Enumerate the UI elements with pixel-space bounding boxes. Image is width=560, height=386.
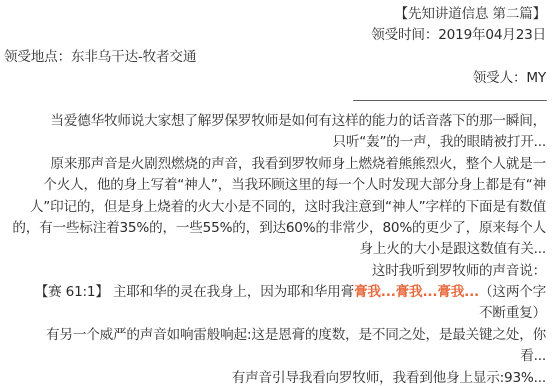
verse-note: （这两个字 — [479, 284, 546, 300]
body-line: 原来那声音是火剧烈燃烧的声音，我看到罗牧师身上燃烧着熊熊烈火，整个人就是一 — [0, 154, 560, 175]
received-location: 领受地点：东非乌干达-牧者交通 — [0, 47, 560, 68]
body-line: 只听“轰”的一声，我的眼睛被打开... — [0, 132, 560, 153]
divider: ———————————————— — [0, 90, 560, 111]
body-line: 人”印记的，但是身上烧着的火大小是不同的，这时我注意到“神人”字样的下面是有数值 — [0, 197, 560, 218]
document-title: 【先知讲道信息 第二篇】 — [0, 4, 560, 25]
body-line: 有另一个威严的声音如响雷般响起:这是恩膏的度数，是不同之处，是最关键之处，你 — [0, 325, 560, 346]
verse-note-continuation: 不断重复） — [0, 303, 560, 324]
body-line: 有声音引导我看向罗牧师，我看到他身上显示:93%... — [0, 368, 560, 386]
body-line: 看... — [0, 346, 560, 367]
receiver: 领受人：MY — [0, 68, 560, 89]
body-line: 当爱德华牧师说大家想了解罗保罗牧师是如何有这样的能力的话音落下的那一瞬间， — [0, 111, 560, 132]
document: 【先知讲道信息 第二篇】 领受时间：2019年04月23日 领受地点：东非乌干达… — [0, 0, 560, 386]
verse-text: 【赛 61:1】 主耶和华的灵在我身上，因为耶和华用膏 — [35, 284, 354, 300]
body-line: 的，有一些标注着35%的，一些55%的，到达60%的非常少，80%的更少了，原来… — [0, 218, 560, 239]
verse-line: 【赛 61:1】 主耶和华的灵在我身上，因为耶和华用膏膏我...膏我...膏我.… — [0, 282, 560, 303]
received-date: 领受时间：2019年04月23日 — [0, 25, 560, 46]
body-line: 身上火的大小是跟这数值有关... — [0, 239, 560, 260]
body-line: 这时我听到罗牧师的声音说： — [0, 261, 560, 282]
body-line: 个火人，他的身上写着“神人”，当我环顾这里的每一个人时发现大部分身上都是有“神 — [0, 175, 560, 196]
verse-highlight: 膏我...膏我...膏我... — [354, 284, 479, 300]
